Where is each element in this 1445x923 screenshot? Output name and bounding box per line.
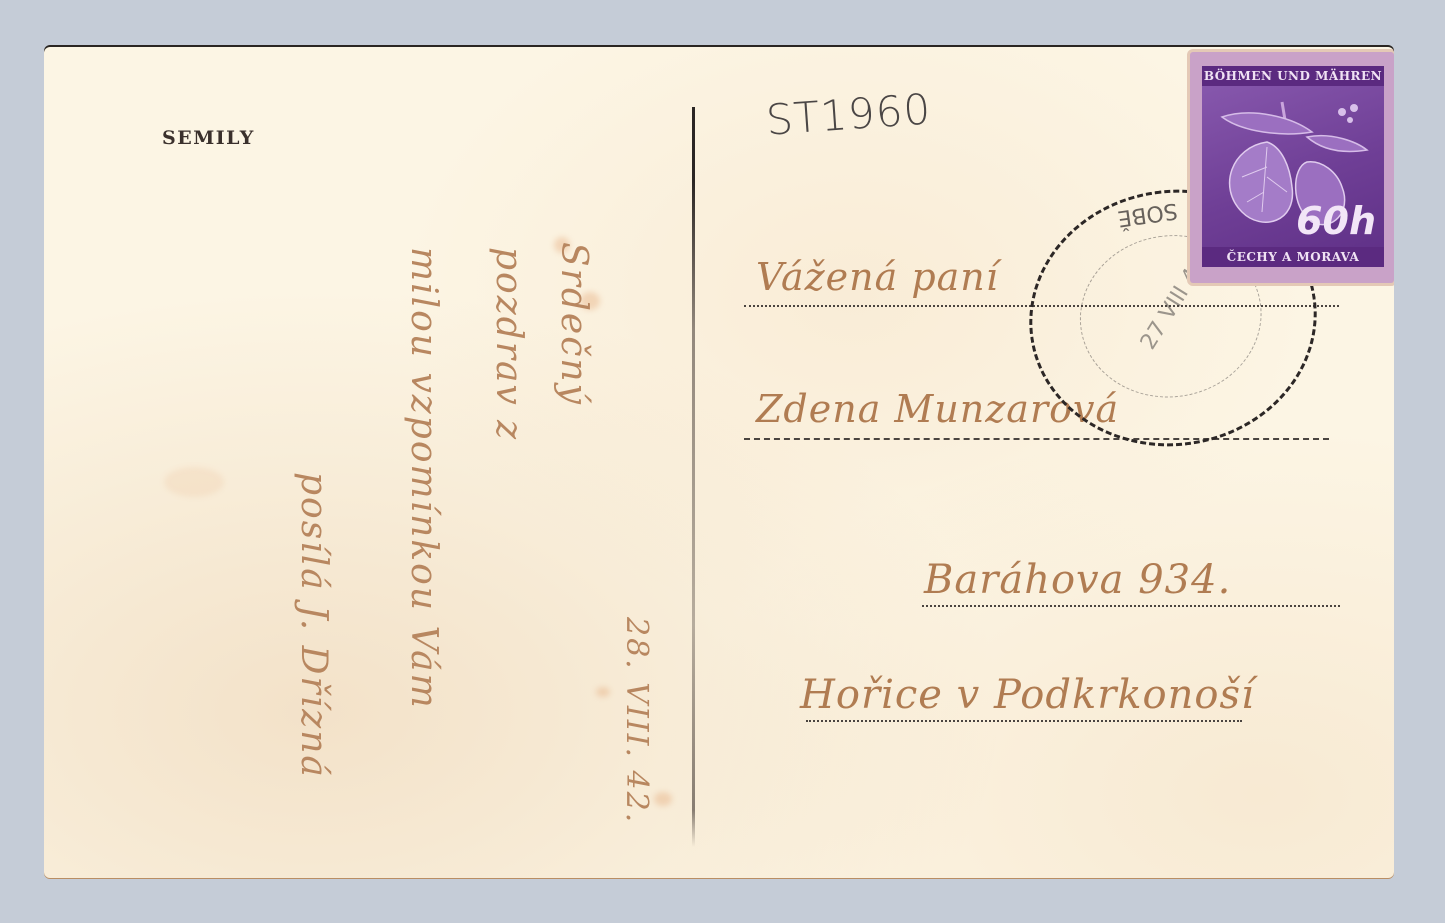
stamp-country-bottom: ČECHY A MORAVA	[1202, 247, 1384, 267]
stamp-design: BÖHMEN UND MÄHREN 60h ČECHY A MORAVA	[1202, 66, 1384, 267]
message-line: Srdečný	[553, 242, 594, 406]
message-line: posílá J. Dřízná	[293, 472, 334, 779]
postcard: SEMILY ST1960 Srdečný pozdrav z milou vz…	[44, 47, 1394, 878]
address-line	[744, 438, 1329, 440]
archive-mark: ST1960	[764, 84, 932, 144]
postmark-city: SOBĚ	[1116, 197, 1179, 230]
message-line: milou vzpomínkou Vám	[403, 247, 444, 710]
address-street: Baráhova 934.	[924, 557, 1231, 603]
stamp-country-top: BÖHMEN UND MÄHREN	[1202, 66, 1384, 86]
address-line	[806, 720, 1242, 722]
address-city: Hořice v Podkrkonoší	[800, 672, 1255, 718]
address-salutation: Vážená paní	[756, 255, 999, 299]
foxing-spot	[596, 687, 610, 697]
message-line: pozdrav z	[488, 247, 529, 441]
foxing-spot	[164, 467, 224, 497]
place-title: SEMILY	[162, 127, 255, 149]
stamp-value: 60h	[1296, 199, 1376, 243]
foxing-spot	[654, 792, 672, 806]
address-line	[922, 605, 1340, 607]
vertical-divider	[692, 107, 695, 847]
message-date: 28. VIII. 42.	[619, 617, 654, 824]
postage-stamp: BÖHMEN UND MÄHREN 60h ČECHY A MORAVA	[1190, 52, 1394, 283]
